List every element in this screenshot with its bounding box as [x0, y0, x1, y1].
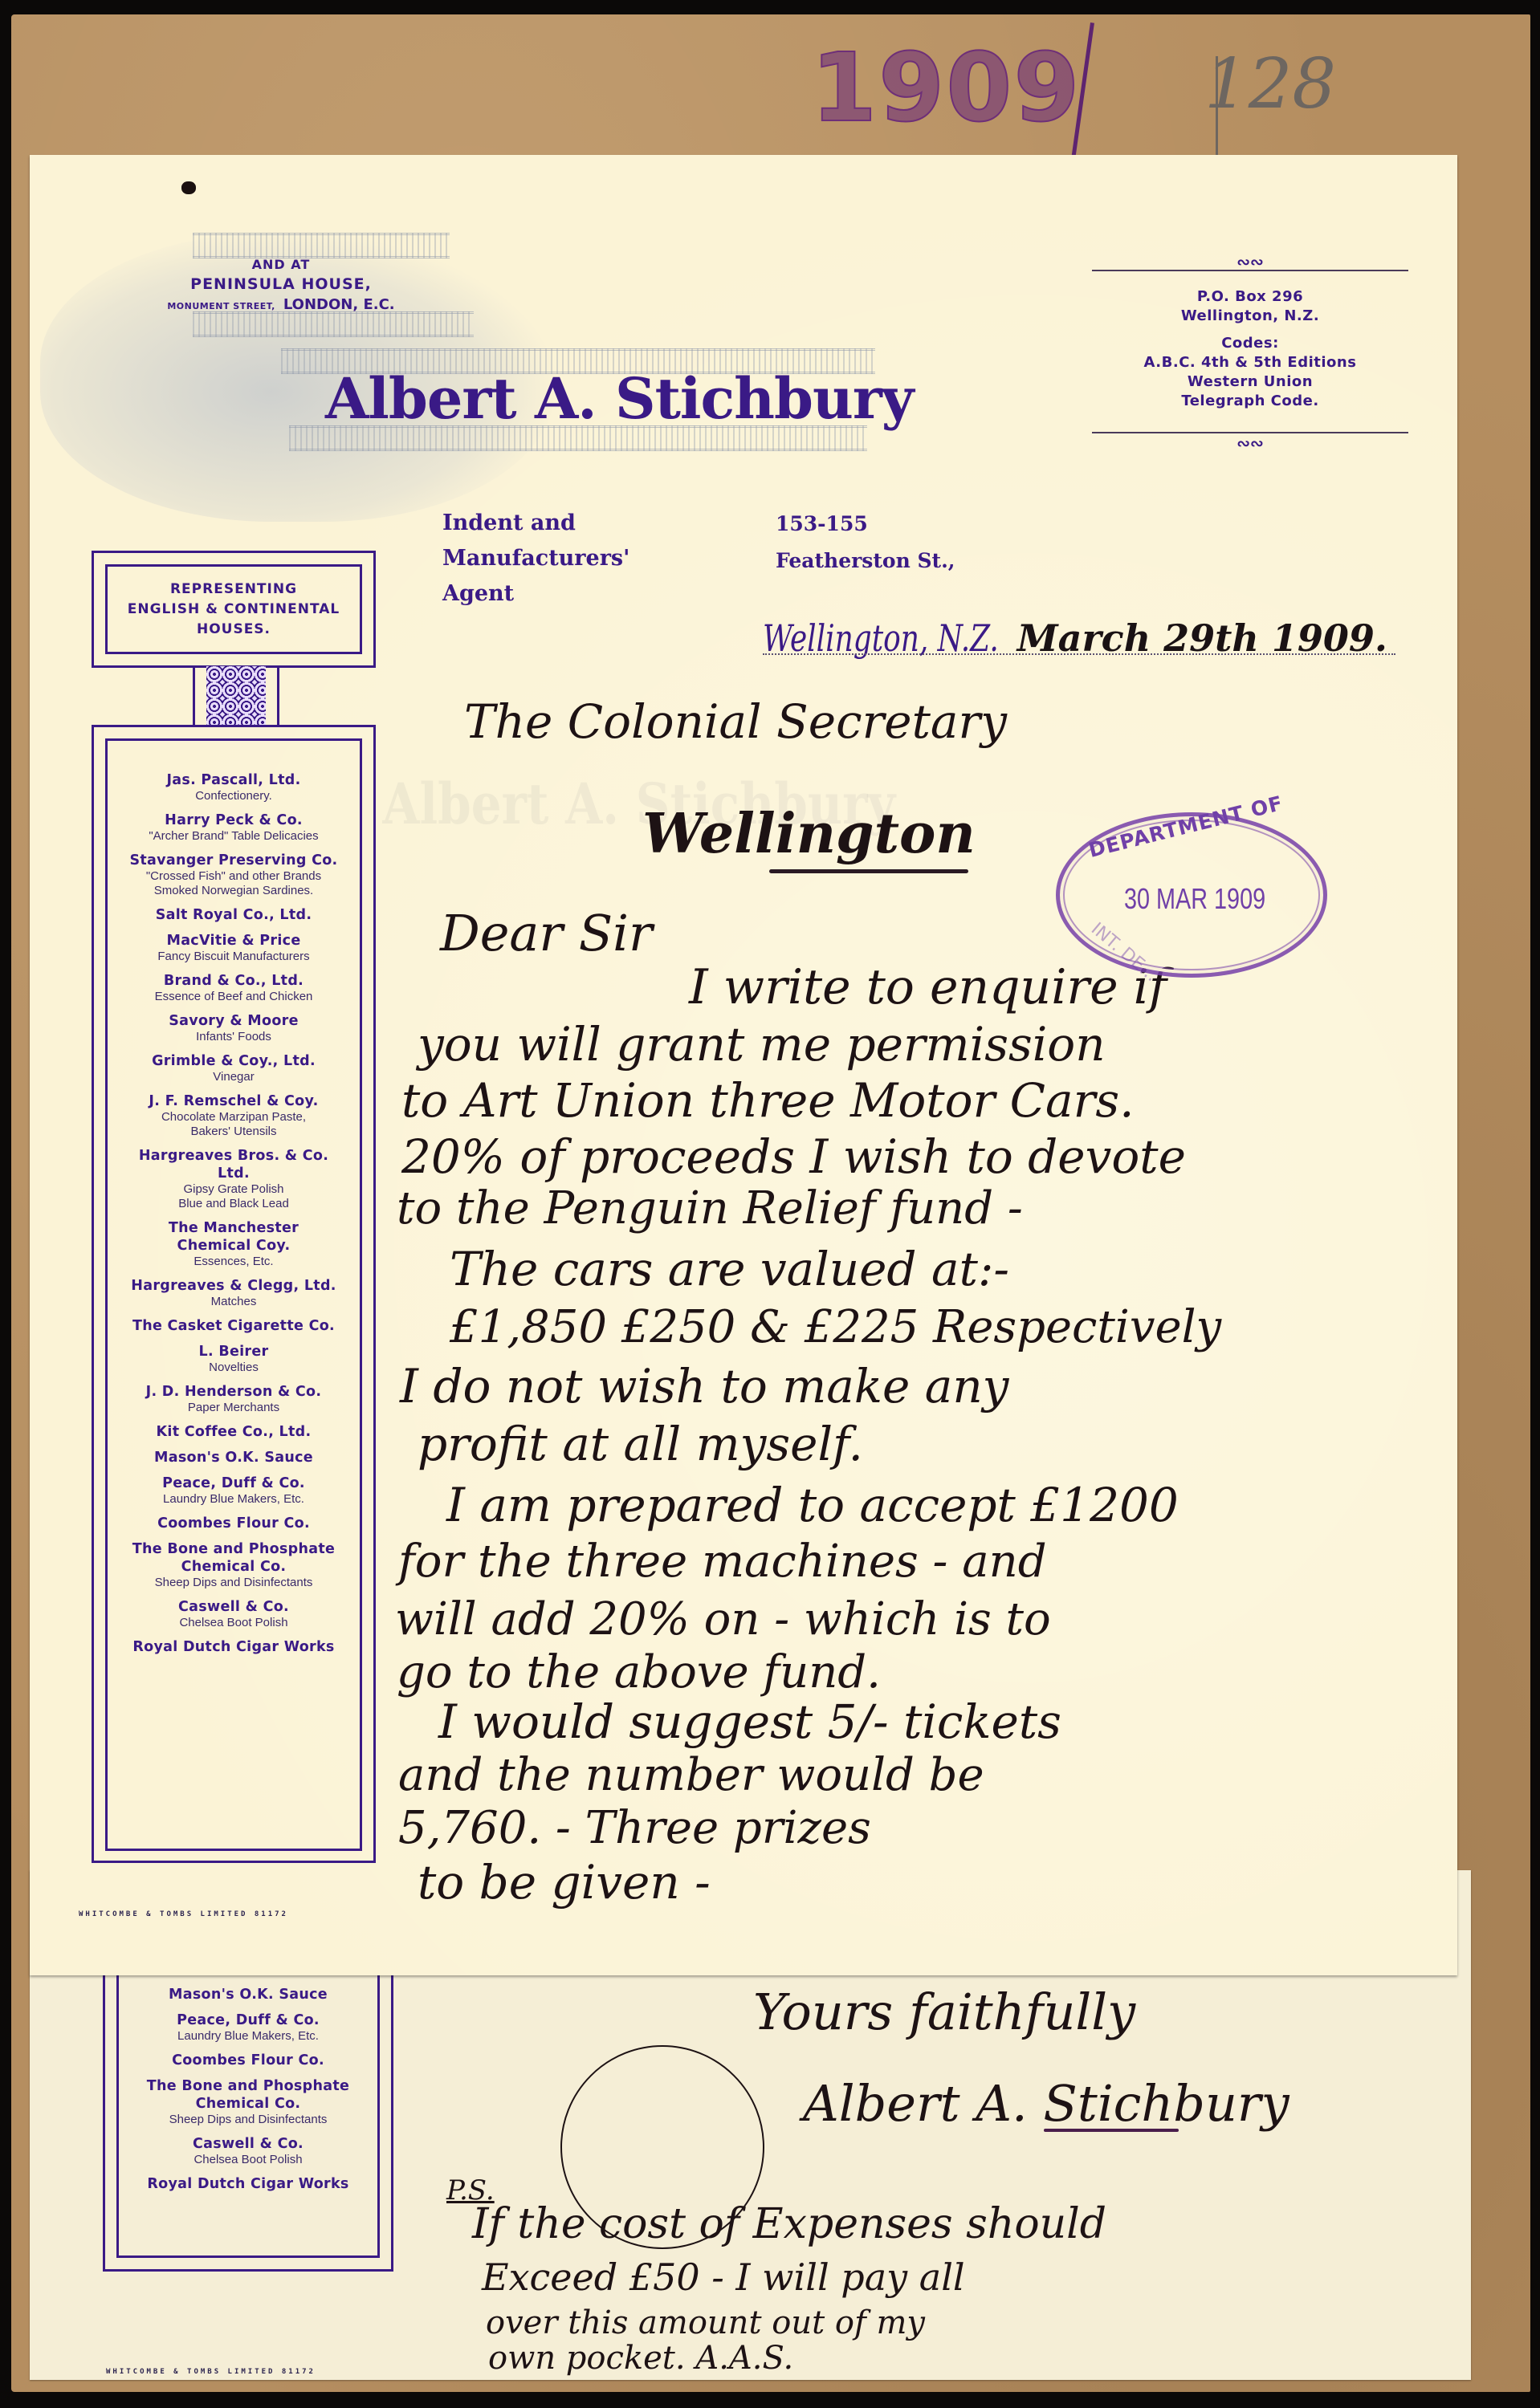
codes-label: Codes:: [1086, 334, 1415, 353]
contact-city: Wellington, N.Z.: [1086, 307, 1415, 326]
house-entry: Caswell & Co.Chelsea Boot Polish: [108, 1598, 360, 1630]
tagline-line-3: Agent: [442, 576, 629, 612]
scroll-ornament-icon: ∾∾: [1236, 433, 1264, 453]
represented-houses-box: Jas. Pascall, Ltd.Confectionery.Harry Pe…: [92, 725, 376, 1863]
addressee-city: Wellington: [642, 807, 976, 861]
ps-line-4: own pocket. A.A.S.: [488, 2342, 793, 2374]
house-description: Novelties: [108, 1361, 360, 1375]
representing-line-3: HOUSES.: [197, 620, 271, 640]
ornament-rule-top: ∾∾: [1086, 255, 1415, 276]
contact-block: ∾∾ P.O. Box 296 Wellington, N.Z. Codes: …: [1086, 255, 1415, 449]
house-entry: Jas. Pascall, Ltd.Confectionery.: [108, 771, 360, 803]
house-entry: MacVitie & PriceFancy Biscuit Manufactur…: [108, 932, 360, 964]
house-entry: Mason's O.K. Sauce: [108, 1449, 360, 1466]
tagline-line-2: Manufacturers': [442, 541, 629, 576]
house-name: MacVitie & Price: [108, 932, 360, 950]
scroll-ornament-icon: ∾∾: [1236, 252, 1264, 271]
signature: Albert A. Stichbury: [803, 2079, 1289, 2129]
house-entry: Salt Royal Co., Ltd.: [108, 906, 360, 924]
house-description: Matches: [108, 1295, 360, 1309]
ornamental-pattern-post: [193, 666, 279, 727]
house-entry: Brand & Co., Ltd.Essence of Beef and Chi…: [108, 972, 360, 1004]
representing-box: REPRESENTING ENGLISH & CONTINENTAL HOUSE…: [92, 551, 376, 668]
house-name: Peace, Duff & Co.: [119, 2011, 377, 2029]
vignette-band-mid: [193, 311, 474, 337]
house-name: J. D. Henderson & Co.: [108, 1383, 360, 1401]
representing-line-1: REPRESENTING: [170, 580, 297, 600]
house-name: Stavanger Preserving Co.: [108, 852, 360, 869]
house-description: Laundry Blue Makers, Etc.: [108, 1492, 360, 1507]
london-street: MONUMENT STREET,: [167, 301, 275, 311]
po-box: P.O. Box 296: [1086, 287, 1415, 307]
letter-body-line: I write to enquire if: [689, 963, 1167, 1011]
under-sheet-houses-list: Mason's O.K. SaucePeace, Duff & Co.Laund…: [116, 1975, 380, 2258]
registry-year-stamp: 1909: [811, 40, 1081, 135]
letter-body-line: go to the above fund.: [397, 1650, 881, 1695]
code-2: Western Union: [1086, 372, 1415, 392]
house-entry: Savory & MooreInfants' Foods: [108, 1012, 360, 1044]
representing-text: REPRESENTING ENGLISH & CONTINENTAL HOUSE…: [105, 564, 362, 654]
house-description: Chocolate Marzipan Paste, Bakers' Utensi…: [108, 1110, 360, 1139]
house-name: Jas. Pascall, Ltd.: [108, 771, 360, 789]
house-name: Caswell & Co.: [108, 1598, 360, 1616]
letter-body-line: The cars are valued at:-: [450, 1246, 1009, 1292]
addressee-underline: [769, 869, 968, 873]
under-sheet-houses-box: Mason's O.K. SaucePeace, Duff & Co.Laund…: [103, 1975, 393, 2272]
house-description: "Archer Brand" Table Delicacies: [108, 829, 360, 844]
house-name: Grimble & Coy., Ltd.: [108, 1052, 360, 1070]
london-office-address: AND AT PENINSULA HOUSE, MONUMENT STREET,…: [161, 257, 401, 313]
house-description: Confectionery.: [108, 789, 360, 803]
ps-line-1: If the cost of Expenses should: [472, 2203, 1106, 2245]
house-entry: Hargreaves & Clegg, Ltd.Matches: [108, 1277, 360, 1309]
vignette-band-top: [193, 233, 450, 258]
house-name: Caswell & Co.: [119, 2135, 377, 2153]
received-date-stamp: DEPARTMENT OF 30 MAR 1909 INT. DE...: [1056, 812, 1327, 978]
letter-body-line: I do not wish to make any: [400, 1363, 1008, 1409]
printer-imprint-under: WHITCOMBE & TOMBS LIMITED 81172: [106, 2368, 316, 2376]
street-number: 153-155: [776, 506, 955, 543]
tagline-line-1: Indent and: [442, 506, 629, 541]
letter-body-line: and the number would be: [398, 1753, 984, 1798]
london-line-2: PENINSULA HOUSE,: [161, 275, 401, 293]
house-description: Fancy Biscuit Manufacturers: [108, 950, 360, 964]
house-entry: The Manchester Chemical Coy.Essences, Et…: [108, 1219, 360, 1269]
house-entry: J. D. Henderson & Co.Paper Merchants: [108, 1383, 360, 1415]
house-entry: Stavanger Preserving Co."Crossed Fish" a…: [108, 852, 360, 898]
street-name: Featherston St.,: [776, 543, 955, 580]
represented-houses-list: Jas. Pascall, Ltd.Confectionery.Harry Pe…: [105, 738, 362, 1851]
house-description: Infants' Foods: [108, 1030, 360, 1044]
house-description: Chelsea Boot Polish: [108, 1616, 360, 1630]
house-name: Salt Royal Co., Ltd.: [108, 906, 360, 924]
house-description: Vinegar: [108, 1070, 360, 1084]
house-name: Hargreaves Bros. & Co. Ltd.: [108, 1147, 360, 1182]
letter-body-line: for the three machines - and: [398, 1540, 1047, 1584]
house-description: Paper Merchants: [108, 1401, 360, 1415]
ornament-rule-bottom: ∾∾: [1086, 429, 1415, 449]
house-name: Coombes Flour Co.: [119, 2052, 377, 2069]
code-3: Telegraph Code.: [1086, 392, 1415, 411]
house-entry: Royal Dutch Cigar Works: [119, 2175, 377, 2193]
house-name: The Bone and Phosphate Chemical Co.: [108, 1540, 360, 1576]
letter-body-line: to the Penguin Relief fund -: [397, 1186, 1023, 1231]
letter-body-line: profit at all myself.: [418, 1421, 863, 1467]
house-name: Mason's O.K. Sauce: [119, 1986, 377, 2003]
house-name: Harry Peck & Co.: [108, 811, 360, 829]
representing-line-2: ENGLISH & CONTINENTAL: [128, 600, 340, 620]
firm-tagline: Indent and Manufacturers' Agent: [442, 506, 629, 612]
ink-blot: [181, 181, 196, 194]
house-description: Sheep Dips and Disinfectants: [108, 1576, 360, 1590]
house-name: Mason's O.K. Sauce: [108, 1449, 360, 1466]
house-name: Brand & Co., Ltd.: [108, 972, 360, 990]
closing: Yours faithfully: [753, 1987, 1135, 2037]
house-name: Hargreaves & Clegg, Ltd.: [108, 1277, 360, 1295]
signature-underline: [1044, 2129, 1179, 2132]
house-name: The Bone and Phosphate Chemical Co.: [119, 2077, 377, 2113]
letter-body-line: 5,760. - Three prizes: [398, 1806, 871, 1851]
house-description: Chelsea Boot Polish: [119, 2153, 377, 2167]
addressee: The Colonial Secretary: [464, 698, 1007, 745]
house-entry: L. BeirerNovelties: [108, 1343, 360, 1375]
house-entry: Peace, Duff & Co.Laundry Blue Makers, Et…: [108, 1474, 360, 1507]
house-entry: The Bone and Phosphate Chemical Co.Sheep…: [119, 2077, 377, 2127]
registry-number: 128: [1204, 50, 1336, 119]
dateline-dotted-rule: [763, 653, 1395, 655]
letter-body-line: 20% of proceeds I wish to devote: [401, 1133, 1186, 1180]
letter-body-line: £1,850 £250 & £225 Respectively: [450, 1305, 1221, 1350]
house-description: Sheep Dips and Disinfectants: [119, 2113, 377, 2127]
house-entry: Mason's O.K. Sauce: [119, 1986, 377, 2003]
salutation: Dear Sir: [440, 909, 653, 958]
house-entry: Grimble & Coy., Ltd.Vinegar: [108, 1052, 360, 1084]
letter-body-line: I would suggest 5/- tickets: [438, 1698, 1061, 1745]
house-entry: Caswell & Co.Chelsea Boot Polish: [119, 2135, 377, 2167]
london-city: LONDON, E.C.: [283, 296, 395, 313]
house-name: Royal Dutch Cigar Works: [119, 2175, 377, 2193]
house-description: Essence of Beef and Chicken: [108, 990, 360, 1004]
street-address: 153-155 Featherston St.,: [776, 506, 955, 580]
house-description: "Crossed Fish" and other Brands Smoked N…: [108, 869, 360, 898]
house-name: Coombes Flour Co.: [108, 1515, 360, 1532]
house-entry: Peace, Duff & Co.Laundry Blue Makers, Et…: [119, 2011, 377, 2044]
house-entry: Coombes Flour Co.: [108, 1515, 360, 1532]
house-description: Laundry Blue Makers, Etc.: [119, 2029, 377, 2044]
london-line-3: MONUMENT STREET,LONDON, E.C.: [161, 296, 401, 313]
house-entry: Royal Dutch Cigar Works: [108, 1638, 360, 1656]
house-name: The Manchester Chemical Coy.: [108, 1219, 360, 1255]
house-entry: Hargreaves Bros. & Co. Ltd.Gipsy Grate P…: [108, 1147, 360, 1211]
code-1: A.B.C. 4th & 5th Editions: [1086, 353, 1415, 372]
printer-imprint: WHITCOMBE & TOMBS LIMITED 81172: [79, 1910, 288, 1918]
house-name: Royal Dutch Cigar Works: [108, 1638, 360, 1656]
house-entry: Coombes Flour Co.: [119, 2052, 377, 2069]
house-entry: Harry Peck & Co."Archer Brand" Table Del…: [108, 811, 360, 844]
ps-line-3: over this amount out of my: [486, 2307, 925, 2339]
house-name: J. F. Remschel & Coy.: [108, 1092, 360, 1110]
house-entry: The Bone and Phosphate Chemical Co.Sheep…: [108, 1540, 360, 1590]
letter-body-line: you will grant me permission: [418, 1021, 1106, 1068]
letter-body-line: will add 20% on - which is to: [395, 1597, 1051, 1642]
house-entry: The Casket Cigarette Co.: [108, 1317, 360, 1335]
london-line-1: AND AT: [161, 257, 401, 272]
letter-body-line: I am prepared to accept £1200: [446, 1482, 1179, 1528]
house-name: Peace, Duff & Co.: [108, 1474, 360, 1492]
house-name: L. Beirer: [108, 1343, 360, 1361]
house-name: Kit Coffee Co., Ltd.: [108, 1423, 360, 1441]
house-description: Essences, Etc.: [108, 1255, 360, 1269]
firm-name: Albert A. Stichbury: [325, 371, 913, 427]
stamp-date: 30 MAR 1909: [1124, 882, 1265, 916]
letter-body-line: to be given -: [418, 1859, 711, 1906]
house-name: Savory & Moore: [108, 1012, 360, 1030]
house-description: Gipsy Grate Polish Blue and Black Lead: [108, 1182, 360, 1211]
house-entry: J. F. Remschel & Coy.Chocolate Marzipan …: [108, 1092, 360, 1139]
letter-body-line: to Art Union three Motor Cars.: [401, 1077, 1135, 1124]
ps-line-2: Exceed £50 - I will pay all: [482, 2259, 965, 2296]
house-entry: Kit Coffee Co., Ltd.: [108, 1423, 360, 1441]
dateline: Wellington, N.Z.March 29th 1909.: [763, 616, 1387, 660]
house-name: The Casket Cigarette Co.: [108, 1317, 360, 1335]
pattern-tile: [206, 666, 266, 727]
